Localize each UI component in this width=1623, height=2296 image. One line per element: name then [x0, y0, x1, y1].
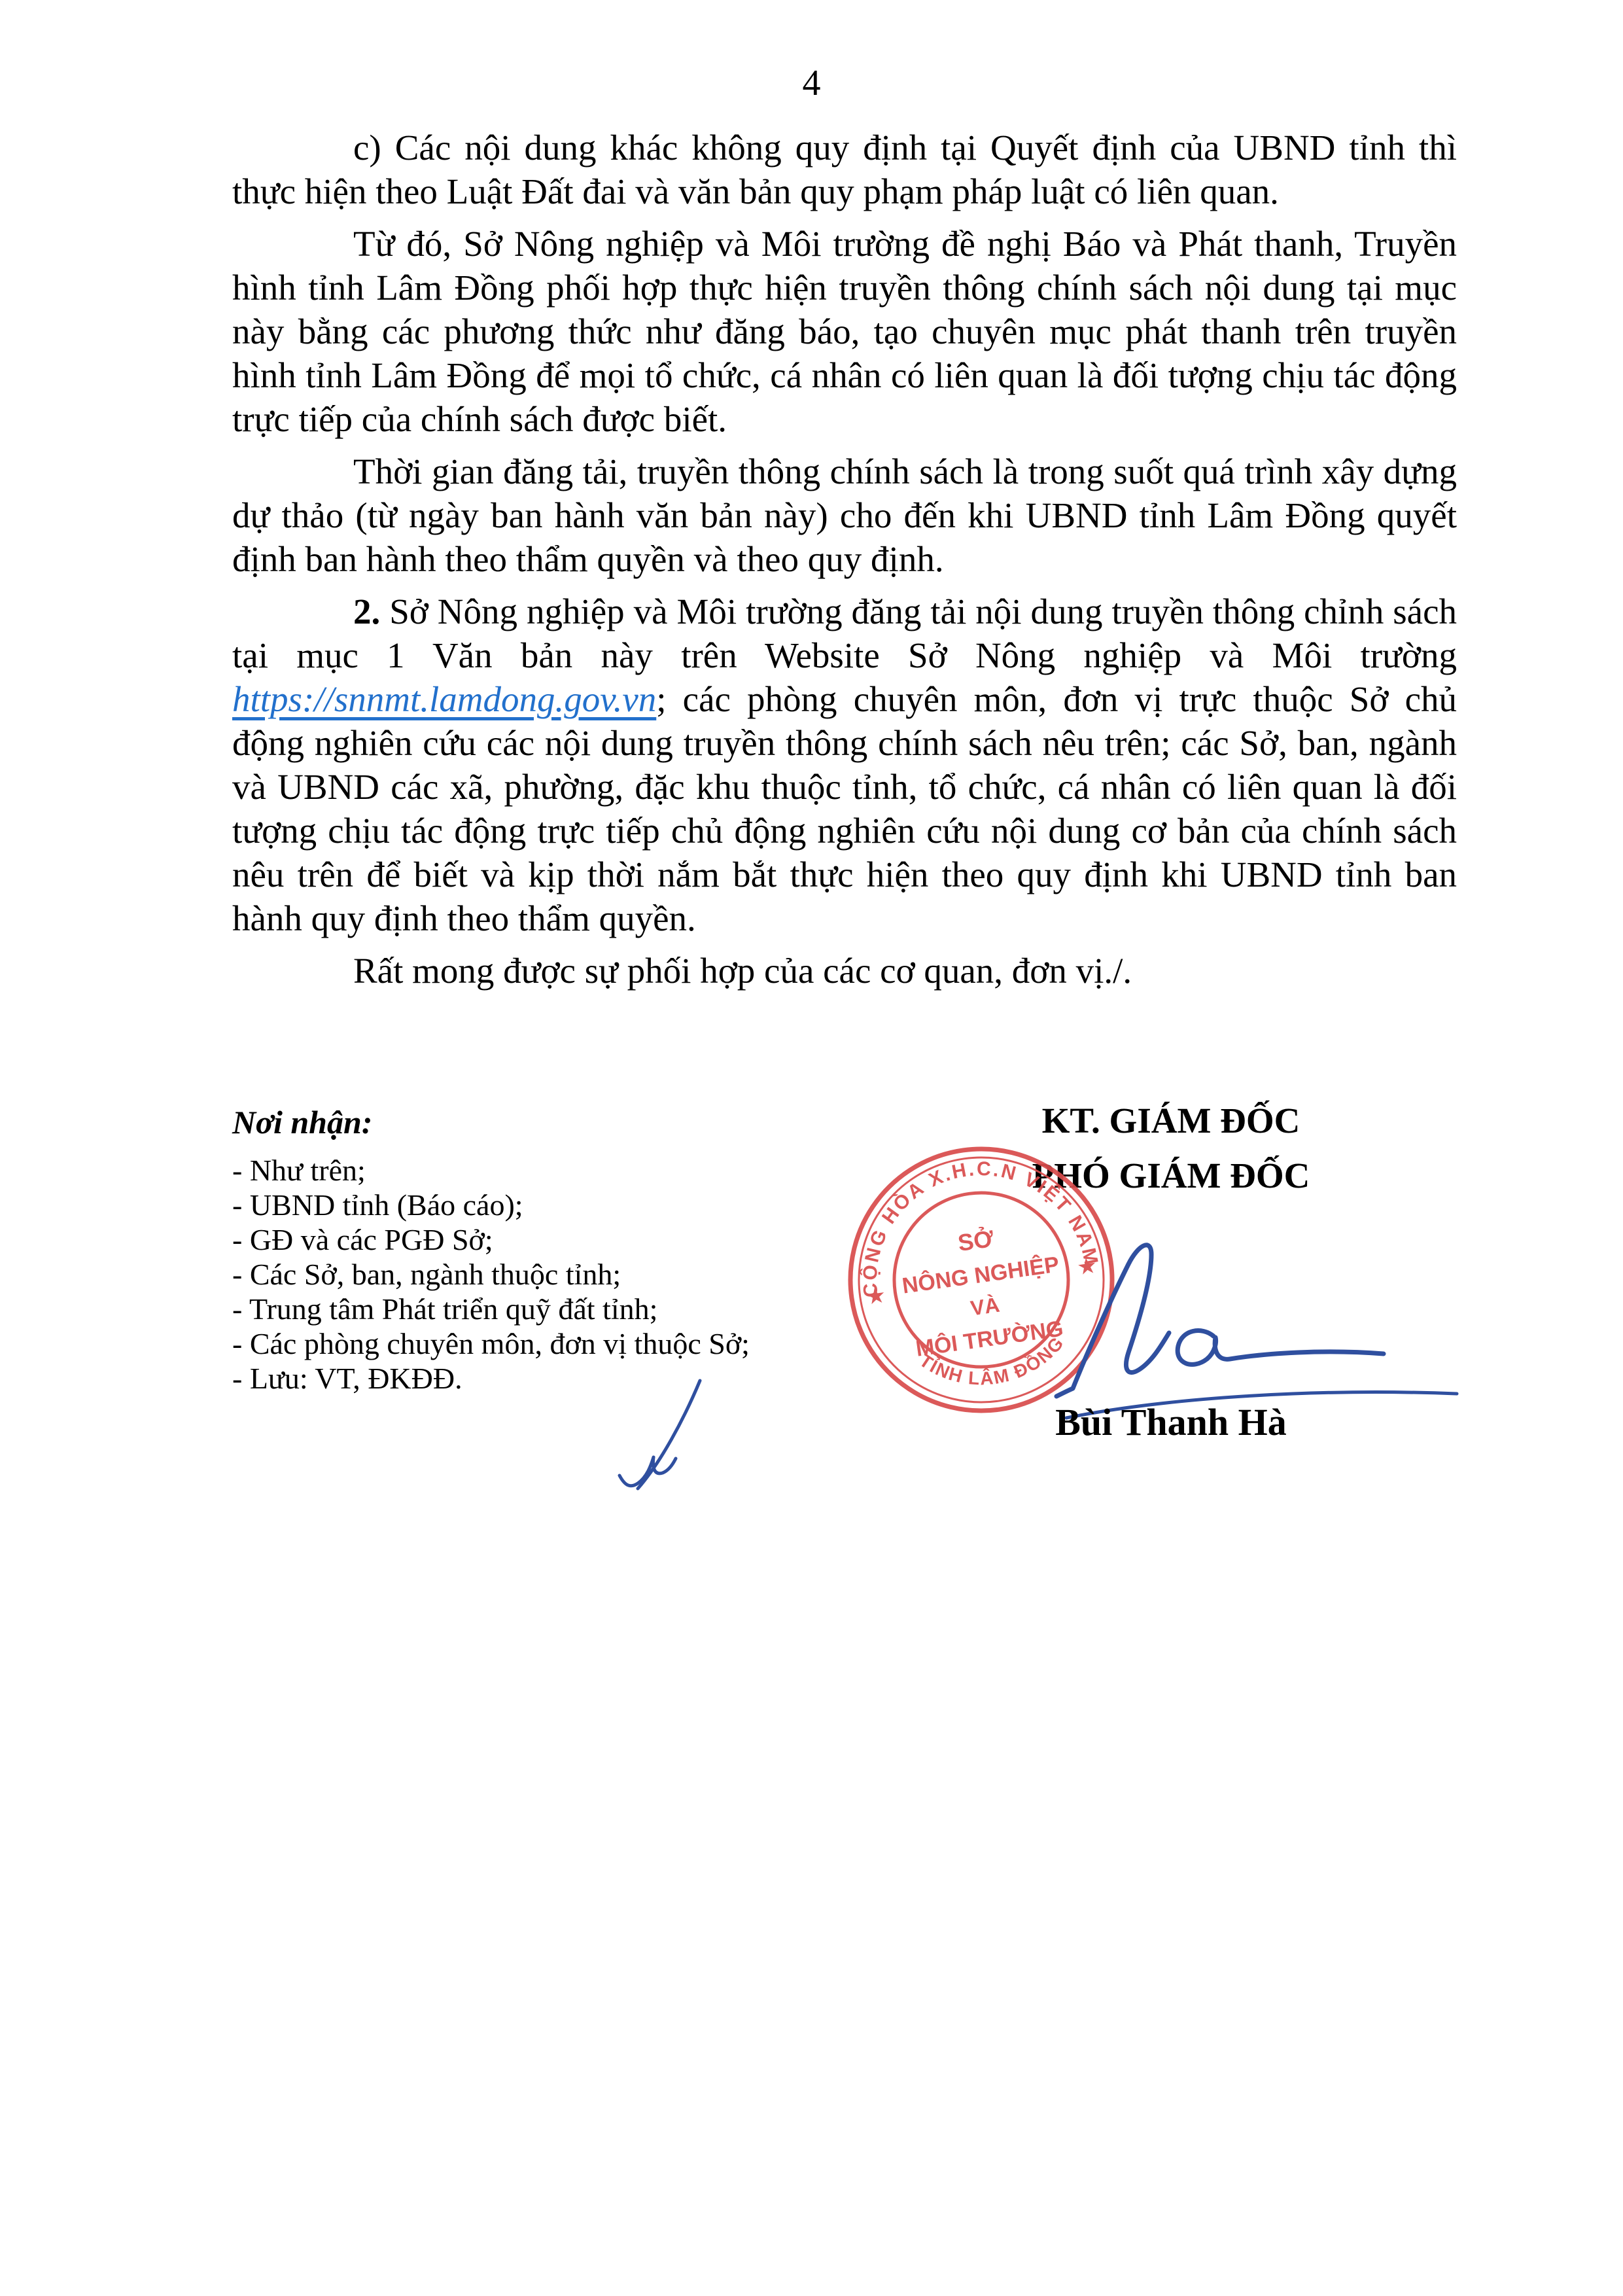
paragraph-tu-do: Từ đó, Sở Nông nghiệp và Môi trường đề n…	[232, 222, 1457, 441]
recipient-item: - Như trên;	[232, 1153, 750, 1188]
paragraph-2-text-before-link: Sở Nông nghiệp và Môi trường đăng tải nộ…	[232, 592, 1457, 675]
recipients-label: Nơi nhận:	[232, 1103, 372, 1141]
paragraph-closing: Rất mong được sự phối hợp của các cơ qua…	[232, 949, 1457, 993]
website-link[interactable]: https://snnmt.lamdong.gov.vn	[232, 679, 656, 719]
recipient-item: - Các phòng chuyên môn, đơn vị thuộc Sở;	[232, 1326, 750, 1361]
recipient-item: - Các Sở, ban, ngành thuộc tỉnh;	[232, 1257, 750, 1292]
recipient-item: - UBND tỉnh (Báo cáo);	[232, 1188, 750, 1222]
star-icon: ★	[865, 1284, 886, 1308]
paragraph-2: 2. Sở Nông nghiệp và Môi trường đăng tải…	[232, 590, 1457, 940]
clerk-initials	[592, 1364, 762, 1508]
stamp-center-line-3: VÀ	[969, 1293, 1001, 1320]
paragraph-c: c) Các nội dung khác không quy định tại …	[232, 126, 1457, 213]
page-number: 4	[0, 62, 1623, 104]
signature-stroke	[1178, 1331, 1384, 1365]
recipient-item: - GĐ và các PGĐ Sở;	[232, 1222, 750, 1257]
document-body: c) Các nội dung khác không quy định tại …	[232, 126, 1457, 1001]
paragraph-thoi-gian: Thời gian đăng tải, truyền thông chính s…	[232, 450, 1457, 581]
paragraph-2-marker: 2.	[353, 592, 380, 631]
signature-stroke	[1056, 1245, 1169, 1396]
signature-title-kt-giam-doc: KT. GIÁM ĐỐC	[942, 1101, 1400, 1141]
stamp-center-line-1: SỞ	[956, 1224, 995, 1256]
recipient-item: - Trung tâm Phát triển quỹ đất tỉnh;	[232, 1292, 750, 1326]
document-page: 4 c) Các nội dung khác không quy định tạ…	[0, 0, 1623, 2296]
recipients-list: - Như trên; - UBND tỉnh (Báo cáo); - GĐ …	[232, 1153, 750, 1396]
signer-name: Bùi Thanh Hà	[942, 1400, 1400, 1444]
initials-stroke	[620, 1457, 676, 1486]
